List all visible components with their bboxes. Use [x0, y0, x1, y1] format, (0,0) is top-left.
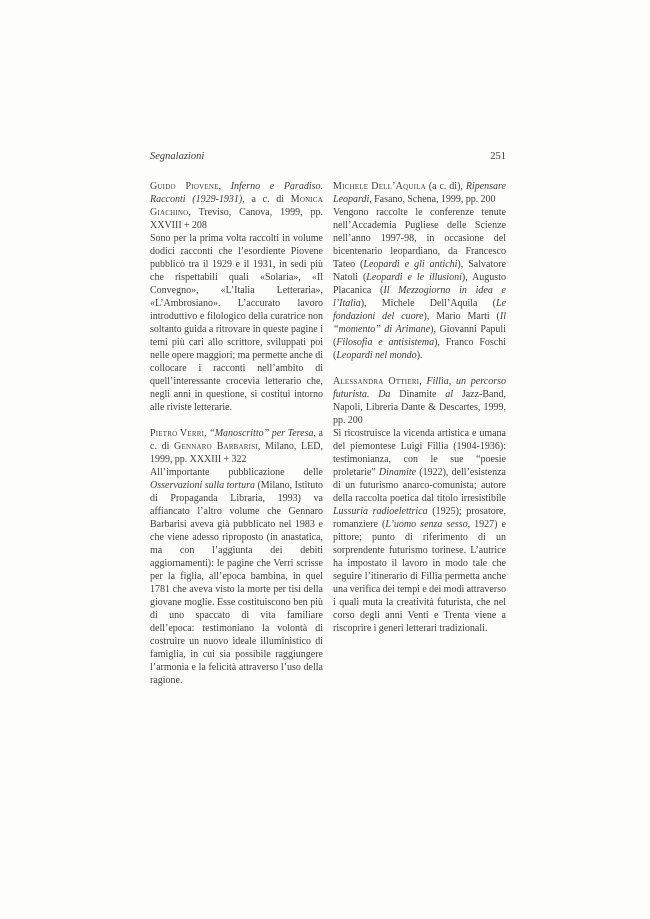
text-segment-roman: , Fasano, Schena, 1999, pp. 200 — [369, 194, 495, 205]
text-segment-roman: Dinamite — [399, 389, 436, 400]
text-segment-italic: Filosofia e antisistema — [336, 337, 434, 348]
scanned-journal-page: Segnalazioni 251 Guido Piovene, Inferno … — [0, 0, 650, 919]
text-segment-smallcaps: Pietro Verri — [150, 428, 204, 439]
text-segment-roman: , a c. di — [242, 194, 290, 205]
text-segment-italic: Leopardi nel mondo — [336, 350, 416, 361]
entry-body: Sono per la prima volta raccolti in volu… — [150, 232, 323, 414]
text-segment-italic: Leopardi e le illusioni — [366, 272, 462, 283]
entry-heading: Alessandra Ottieri, Fillìa, un percorso … — [333, 375, 506, 427]
text-segment-roman: Sono per la prima volta raccolti in volu… — [150, 233, 323, 413]
text-segment-smallcaps: Alessandra Ottieri — [333, 376, 419, 387]
column-right: Michele Dell’Aquila (a c. di), Ripensare… — [333, 180, 506, 648]
page-number: 251 — [490, 150, 506, 163]
entry-heading: Pietro Verri, “Manoscritto” per Teresa, … — [150, 427, 323, 466]
entry-heading: Guido Piovene, Inferno e Paradiso. Racco… — [150, 180, 323, 232]
text-segment-roman: , — [219, 181, 231, 192]
text-segment-smallcaps: Gennaro Barbarisi — [174, 441, 258, 452]
text-segment-roman: , — [419, 376, 426, 387]
running-header-title: Segnalazioni — [150, 150, 204, 163]
text-segment-roman: All’importante pubblicazione delle — [150, 467, 323, 478]
text-segment-smallcaps: Michele Dell’Aquila — [333, 181, 426, 192]
text-segment-roman: , 1927) e pittore; punto di riferimento … — [333, 519, 506, 634]
text-segment-roman: ), Mario Marti ( — [424, 311, 500, 322]
text-segment-italic: L’uomo senza sesso — [385, 519, 467, 530]
text-segment-italic: “Manoscritto” per Teresa — [209, 428, 313, 439]
text-segment-italic: Osservazioni sulla tortura — [150, 480, 255, 491]
text-segment-italic: Lussuria radioelettrica — [333, 506, 428, 517]
review-entry: Pietro Verri, “Manoscritto” per Teresa, … — [150, 427, 323, 687]
text-segment-roman: ). — [417, 350, 423, 361]
text-segment-roman: (a c. di), — [426, 181, 466, 192]
entry-body: All’importante pubblicazione delle Osser… — [150, 466, 323, 687]
review-entry: Michele Dell’Aquila (a c. di), Ripensare… — [333, 180, 506, 362]
entry-body: Vengono raccolte le conferenze tenute ne… — [333, 206, 506, 362]
entry-body: Si ricostruisce la vicenda artistica e u… — [333, 427, 506, 635]
review-entry: Alessandra Ottieri, Fillìa, un percorso … — [333, 375, 506, 635]
text-columns: Guido Piovene, Inferno e Paradiso. Racco… — [150, 180, 506, 700]
text-segment-italic: Dinamite — [379, 467, 416, 478]
running-header: Segnalazioni 251 — [150, 150, 506, 163]
review-entry: Guido Piovene, Inferno e Paradiso. Racco… — [150, 180, 323, 414]
entry-heading: Michele Dell’Aquila (a c. di), Ripensare… — [333, 180, 506, 206]
text-segment-roman: ), Michele Dell’Aquila ( — [361, 298, 496, 309]
text-segment-smallcaps: Guido Piovene — [150, 181, 219, 192]
text-segment-italic: Leopardi e gli antichi — [363, 259, 457, 270]
text-segment-italic: al — [436, 389, 461, 400]
text-segment-roman: (Milano, Istituto di Propaganda Libraria… — [150, 480, 323, 686]
column-left: Guido Piovene, Inferno e Paradiso. Racco… — [150, 180, 323, 700]
